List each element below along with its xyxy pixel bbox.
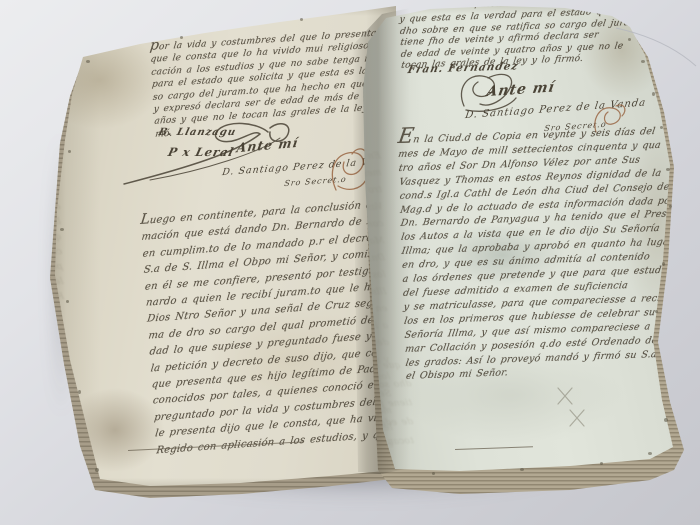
gutter-shadow xyxy=(352,0,410,478)
left-page: Luego en continente, para la conclusión … xyxy=(40,0,396,500)
manuscript-photo: Luego en continente, para la conclusión … xyxy=(0,0,700,525)
scratch-hairline xyxy=(612,22,700,70)
signature-swash-flourish xyxy=(110,118,310,190)
pen-x-marks xyxy=(552,380,592,430)
ink-rule-right xyxy=(455,446,533,450)
right-main-paragraph: En la Ciud.d de Copia en veynte y seis d… xyxy=(396,121,663,384)
